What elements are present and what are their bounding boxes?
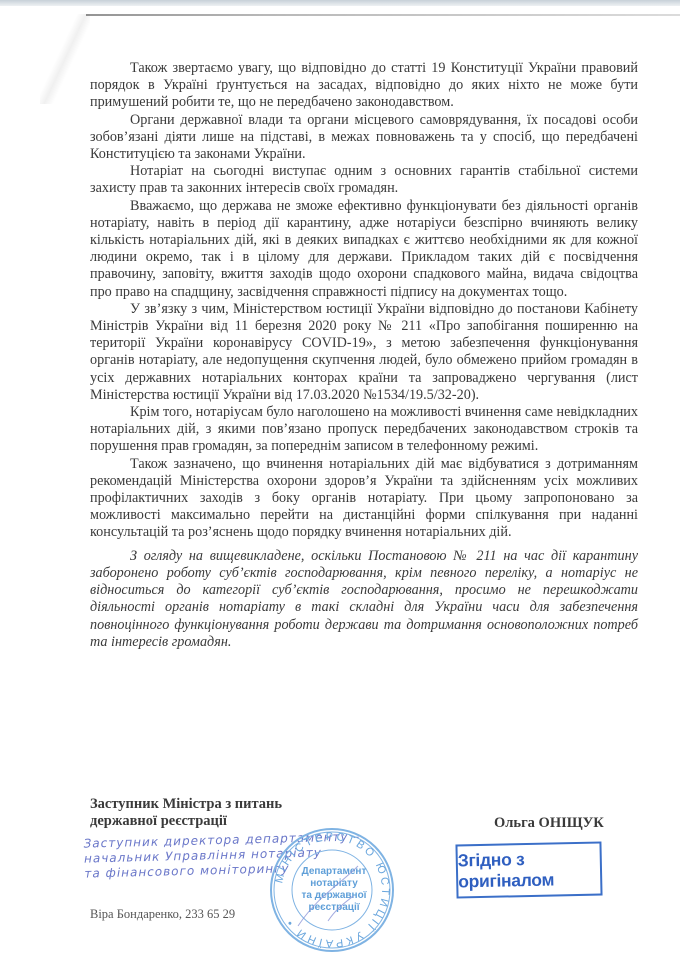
paragraph-urgent-actions: Крім того, нотаріусам було наголошено на… [90, 404, 638, 456]
signatory-position-line1: Заступник Міністра з питань [90, 796, 282, 813]
official-seal: МІНІСТЕРСТВО ЮСТИЦІЇ УКРАЇНИ • Департаме… [268, 826, 396, 954]
scan-top-edge [0, 0, 680, 6]
paragraph-request: З огляду на вищевикладене, оскільки Пост… [90, 548, 638, 651]
paragraph-recommendations: Також зазначено, що вчинення нотаріальни… [90, 456, 638, 542]
letter-body: Також звертаємо увагу, що відповідно до … [90, 60, 638, 651]
certified-copy-stamp-text: Згідно з оригіналом [458, 848, 601, 893]
paragraph-state-functioning: Вважаємо, що держава не зможе ефективно … [90, 198, 638, 301]
seal-inner-line3: та державної [301, 890, 366, 901]
page-top-edge [86, 14, 680, 16]
certified-copy-stamp: Згідно з оригіналом [455, 841, 602, 898]
signatory-position-line2: державної реєстрації [90, 813, 282, 830]
signatory-name: Ольга ОНІЩУК [494, 815, 604, 832]
paragraph-authorities: Органи державної влади та органи місцево… [90, 112, 638, 164]
page-fold-shadow [40, 14, 90, 104]
executor-contact: Віра Бондаренко, 233 65 29 [90, 907, 235, 922]
paragraph-ministry-measures: У зв’язку з чим, Міністерством юстиції У… [90, 301, 638, 404]
paragraph-notariat-guarantor: Нотаріат на сьогодні виступає одним з ос… [90, 163, 638, 197]
seal-icon: МІНІСТЕРСТВО ЮСТИЦІЇ УКРАЇНИ • Департаме… [268, 826, 396, 954]
paragraph-constitution: Також звертаємо увагу, що відповідно до … [90, 60, 638, 112]
signatory-position: Заступник Міністра з питань державної ре… [90, 796, 282, 830]
